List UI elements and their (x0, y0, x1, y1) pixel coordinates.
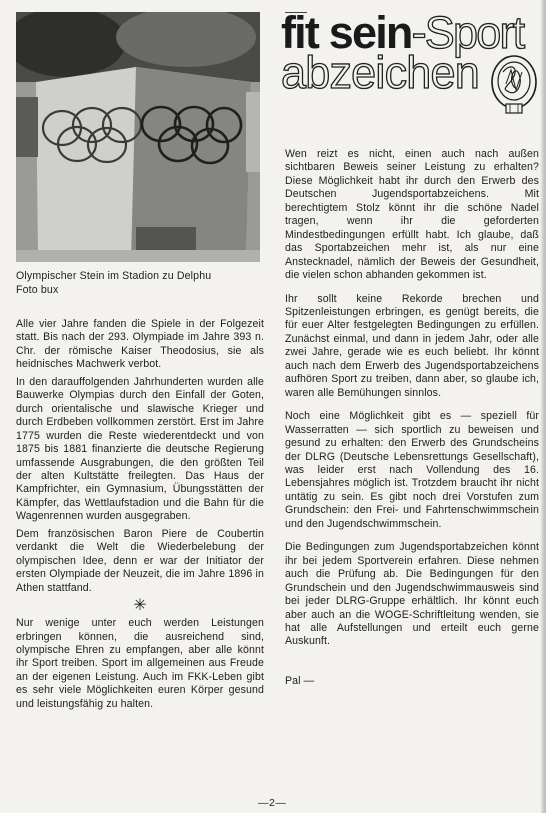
photo-caption: Olympischer Stein im Stadion zu Delphu F… (16, 269, 266, 297)
paragraph: Wen reizt es nicht, einen auch nach auße… (285, 148, 539, 283)
paragraph: Ihr sollt keine Rekorde brechen und Spit… (285, 293, 539, 401)
paragraph: In den darauffolgenden Jahrhunderten wur… (16, 376, 264, 524)
left-article-column: Alle vier Jahre fanden die Spiele in der… (16, 318, 264, 715)
title-line-2: abzeichen (281, 50, 479, 96)
paragraph: Alle vier Jahre fanden die Spiele in der… (16, 318, 264, 372)
author-signature: Pal — (285, 675, 539, 688)
photo-olympic-stone (16, 12, 260, 262)
caption-credit: Foto bux (16, 283, 266, 297)
page-number: —2— (258, 797, 286, 809)
paragraph: Noch eine Möglichkeit gibt es — speziell… (285, 410, 539, 531)
paragraph: Nur wenige unter euch werden Leistungen … (16, 617, 264, 711)
asterisk-separator-icon: ✳ (16, 599, 264, 613)
paragraph: Die Bedingungen zum Jugendsportabzeichen… (285, 541, 539, 649)
paragraph: Dem französischen Baron Piere de Coubert… (16, 528, 264, 595)
sport-badge-icon (489, 54, 539, 125)
article-title: fit sein-Sport abzeichen (281, 12, 541, 122)
caption-line-1: Olympischer Stein im Stadion zu Delphu (16, 269, 266, 283)
right-article-column: Wen reizt es nicht, einen auch nach auße… (285, 148, 539, 698)
olympic-stone-image (16, 12, 260, 262)
